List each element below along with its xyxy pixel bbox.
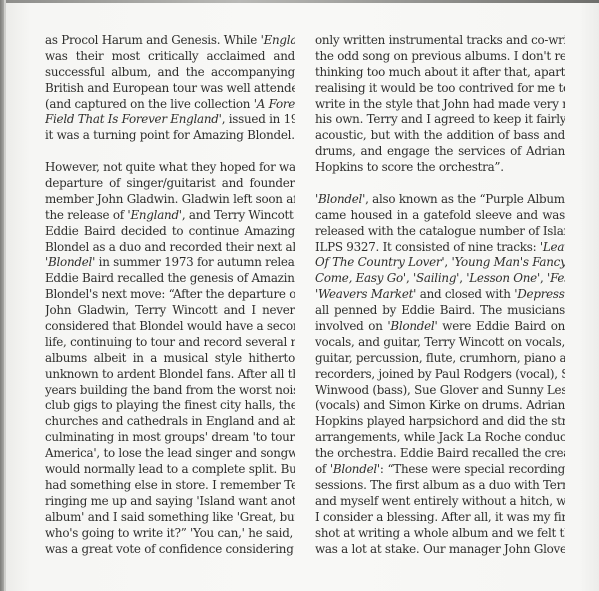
italic-title: Blondel [390,319,434,333]
text-run: write in the style that John had made ve… [315,97,565,111]
text-line: shot at writing a whole album and we fel… [315,526,565,542]
text-line: life, continuing to tour and record seve… [45,335,295,351]
text-run: who's going to write it?” 'You can,' he … [45,526,295,540]
text-run: was their most critically acclaimed and [45,49,295,63]
text-line: 'Blondel' in summer 1973 for autumn rele… [45,255,295,271]
text-run: only written instrumental tracks and co-… [315,33,565,47]
text-line: came housed in a gatefold sleeve and was [315,208,565,224]
text-run: Hopkins played harpsichord and did the s… [315,414,565,428]
italic-title: Blondel [333,462,377,476]
text-run: recorders, joined by Paul Rodgers (vocal… [315,367,565,381]
text-run: vocals, and guitar, Terry Wincott on voc… [315,335,565,349]
text-line: Hopkins played harpsichord and did the s… [315,414,565,430]
text-line: released with the catalogue number of Is… [315,224,565,240]
scan-spine-highlight [4,0,6,591]
text-line: Of The Country Lover', 'Young Man's Fanc… [315,255,565,271]
text-line: write in the style that John had made ve… [315,97,565,113]
text-line: culminating in most groups' dream 'to to… [45,430,295,446]
text-run: ': “These were special recording [377,462,565,476]
text-run: released with the catalogue number of Is… [315,224,565,238]
text-line: member John Gladwin. Gladwin left soon a… [45,192,295,208]
text-run: Blondel's next move: “After the departur… [45,287,295,301]
italic-title: 'England' [127,208,181,222]
text-run: sessions. The first album as a duo with … [315,478,565,492]
text-run: considered that Blondel would have a sec… [45,319,295,333]
paragraph: only written instrumental tracks and co-… [315,33,565,176]
text-run: club gigs to playing the finest city hal… [45,398,295,412]
text-line: it was a turning point for Amazing Blond… [45,128,295,144]
italic-title: 'Depression' [514,287,565,301]
text-run: , issued in 1996), [222,112,295,126]
text-line: as Procol Harum and Genesis. While 'Engl… [45,33,295,49]
text-line: Field That Is Forever England', issued i… [45,112,295,128]
paragraph: as Procol Harum and Genesis. While 'Engl… [45,33,295,144]
text-line: (and captured on the live collection 'A … [45,97,295,113]
paragraph: However, not quite what they hoped for w… [45,160,295,557]
text-line: would normally lead to a complete split.… [45,462,295,478]
italic-title: 'Leaving [540,240,565,254]
text-run: (and captured on the live collection [45,97,254,111]
text-line: album' and I said something like 'Great,… [45,510,295,526]
text-run: involved on ' [315,319,390,333]
text-line: However, not quite what they hoped for w… [45,160,295,176]
text-line: realising it would be too contrived for … [315,81,565,97]
text-run: guitar, percussion, flute, crumhorn, pia… [315,351,565,365]
text-line: unknown to ardent Blondel fans. After al… [45,367,295,383]
text-line: sessions. The first album as a duo with … [315,478,565,494]
text-run: ' were Eddie Baird on [434,319,565,333]
italic-title: 'Blondel' [315,192,365,206]
text-run: the orchestra. Eddie Baird recalled the … [315,446,565,460]
text-run: was a lot at stake. Our manager John Glo… [315,542,565,556]
text-line: successful album, and the accompanying [45,65,295,81]
text-run: and myself went entirely without a hitch… [315,494,565,508]
text-run: of ' [315,462,333,476]
text-line: America', to lose the lead singer and so… [45,446,295,462]
text-line: the release of 'England', and Terry Winc… [45,208,295,224]
text-line: vocals, and guitar, Terry Wincott on voc… [315,335,565,351]
text-run: had something else in store. I remember … [45,478,295,492]
text-line: the odd song on previous albums. I don't… [315,49,565,65]
text-run: shot at writing a whole album and we fel… [315,526,565,540]
text-run: (vocals) and Simon Kirke on drums. Adria… [315,398,565,412]
text-line: albums albeit in a musical style hithert… [45,351,295,367]
text-line: guitar, percussion, flute, crumhorn, pia… [315,351,565,367]
text-line: Eddie Baird decided to continue Amazing [45,224,295,240]
text-run: , [540,271,547,285]
text-run: British and European tour was well atten… [45,81,295,95]
italic-title: 'Weavers Market' [315,287,416,301]
text-line: who's going to write it?” 'You can,' he … [45,526,295,542]
booklet-page: as Procol Harum and Genesis. While 'Engl… [0,0,599,591]
italic-title: 'Lesson One' [466,271,540,285]
text-run: it was a turning point for Amazing Blond… [45,128,295,142]
italic-title: 'A Foreign [254,97,295,111]
text-run: as Procol Harum and Genesis. While [45,33,261,47]
italic-title: 'Blondel' [45,255,95,269]
text-line: departure of singer/guitarist and founde… [45,176,295,192]
text-run: Hopkins to score the orchestra”. [315,160,504,174]
italic-title: 'Festival' [547,271,565,285]
text-line: John Gladwin, Terry Wincott and I never [45,303,295,319]
text-run: John Gladwin, Terry Wincott and I never [45,303,295,317]
text-line: (vocals) and Simon Kirke on drums. Adria… [315,398,565,414]
paragraph: 'Blondel', also known as the “Purple Alb… [315,192,565,557]
text-line: I consider a blessing. After all, it was… [315,510,565,526]
paragraph-gap [45,144,295,160]
italic-title: Field That Is Forever England' [45,112,222,126]
text-line: and myself went entirely without a hitch… [315,494,565,510]
italic-title: Come, Easy Go' [315,271,406,285]
text-run: Winwood (bass), Sue Glover and Sunny Les… [315,383,565,397]
text-run: America', to lose the lead singer and so… [45,446,295,460]
text-line: was a lot at stake. Our manager John Glo… [315,542,565,558]
text-run: , and Terry Wincott and [182,208,295,222]
text-run: realising it would be too contrived for … [315,81,565,95]
text-line: club gigs to playing the finest city hal… [45,398,295,414]
text-run: However, not quite what they hoped for w… [45,160,295,174]
text-run: all penned by Eddie Baird. The musicians [315,303,565,317]
text-run: acoustic, but with the addition of bass … [315,128,565,142]
scan-top-edge [0,0,599,3]
text-line: his own. Terry and I agreed to keep it f… [315,112,565,128]
text-run: came housed in a gatefold sleeve and was [315,208,565,222]
text-line: thinking too much about it after that, a… [315,65,565,81]
text-run: departure of singer/guitarist and founde… [45,176,295,190]
text-run: the release of [45,208,127,222]
text-run: would normally lead to a complete split.… [45,462,295,476]
text-line: recorders, joined by Paul Rodgers (vocal… [315,367,565,383]
text-line: of 'Blondel': “These were special record… [315,462,565,478]
text-run: unknown to ardent Blondel fans. After al… [45,367,295,381]
text-line: involved on 'Blondel' were Eddie Baird o… [315,319,565,335]
text-run: drums, and engage the services of Adrian [315,144,565,158]
text-line: Blondel's next move: “After the departur… [45,287,295,303]
text-run: life, continuing to tour and record seve… [45,335,295,349]
text-run: , also known as the “Purple Album”, [365,192,565,206]
text-line: Blondel as a duo and recorded their next… [45,240,295,256]
italic-title: 'Sailing' [413,271,459,285]
text-line: ILPS 9327. It consisted of nine tracks: … [315,240,565,256]
text-run: albums albeit in a musical style hithert… [45,351,295,365]
text-line: Winwood (bass), Sue Glover and Sunny Les… [315,383,565,399]
italic-title: 'England' [261,33,295,47]
text-run: member John Gladwin. Gladwin left soon a… [45,192,295,206]
text-line: years building the band from the worst n… [45,383,295,399]
text-line: only written instrumental tracks and co-… [315,33,565,49]
text-line: was their most critically acclaimed and [45,49,295,65]
text-run: Blondel as a duo and recorded their next… [45,240,295,254]
text-run: his own. Terry and I agreed to keep it f… [315,112,565,126]
text-line: 'Blondel', also known as the “Purple Alb… [315,192,565,208]
text-run: ringing me up and saying 'Island want an… [45,494,295,508]
text-line: considered that Blondel would have a sec… [45,319,295,335]
text-run: and closed with [416,287,514,301]
text-line: arrangements, while Jack La Roche conduc… [315,430,565,446]
text-line: British and European tour was well atten… [45,81,295,97]
text-run: Eddie Baird decided to continue Amazing [45,224,295,238]
text-line: Hopkins to score the orchestra”. [315,160,565,176]
text-run: I consider a blessing. After all, it was… [315,510,565,524]
text-line: 'Weavers Market' and closed with 'Depres… [315,287,565,303]
text-line: all penned by Eddie Baird. The musicians [315,303,565,319]
text-run: ILPS 9327. It consisted of nine tracks: [315,240,540,254]
text-run: years building the band from the worst n… [45,383,295,397]
text-run: culminating in most groups' dream 'to to… [45,430,295,444]
text-run: arrangements, while Jack La Roche conduc… [315,430,565,444]
text-run: album' and I said something like 'Great,… [45,510,295,524]
text-line: acoustic, but with the addition of bass … [315,128,565,144]
text-line: was a great vote of confidence consideri… [45,542,295,558]
text-line: ringing me up and saying 'Island want an… [45,494,295,510]
text-run: the odd song on previous albums. I don't… [315,49,565,63]
text-line: the orchestra. Eddie Baird recalled the … [315,446,565,462]
text-line: churches and cathedrals in England and a… [45,414,295,430]
text-run: Eddie Baird recalled the genesis of Amaz… [45,271,295,285]
left-column: as Procol Harum and Genesis. While 'Engl… [45,33,295,557]
text-run: thinking too much about it after that, a… [315,65,565,79]
text-line: had something else in store. I remember … [45,478,295,494]
italic-title: 'Young Man's Fancy' [451,255,565,269]
text-run: was a great vote of confidence consideri… [45,542,295,556]
text-run: , [406,271,413,285]
right-column: only written instrumental tracks and co-… [315,33,565,557]
text-run: in summer 1973 for autumn release. [95,255,295,269]
text-line: Eddie Baird recalled the genesis of Amaz… [45,271,295,287]
text-run: successful album, and the accompanying [45,65,295,79]
text-line: drums, and engage the services of Adrian [315,144,565,160]
paragraph-gap [315,176,565,192]
text-run: churches and cathedrals in England and a… [45,414,295,428]
italic-title: Of The Country Lover' [315,255,444,269]
text-line: Come, Easy Go', 'Sailing', 'Lesson One',… [315,271,565,287]
